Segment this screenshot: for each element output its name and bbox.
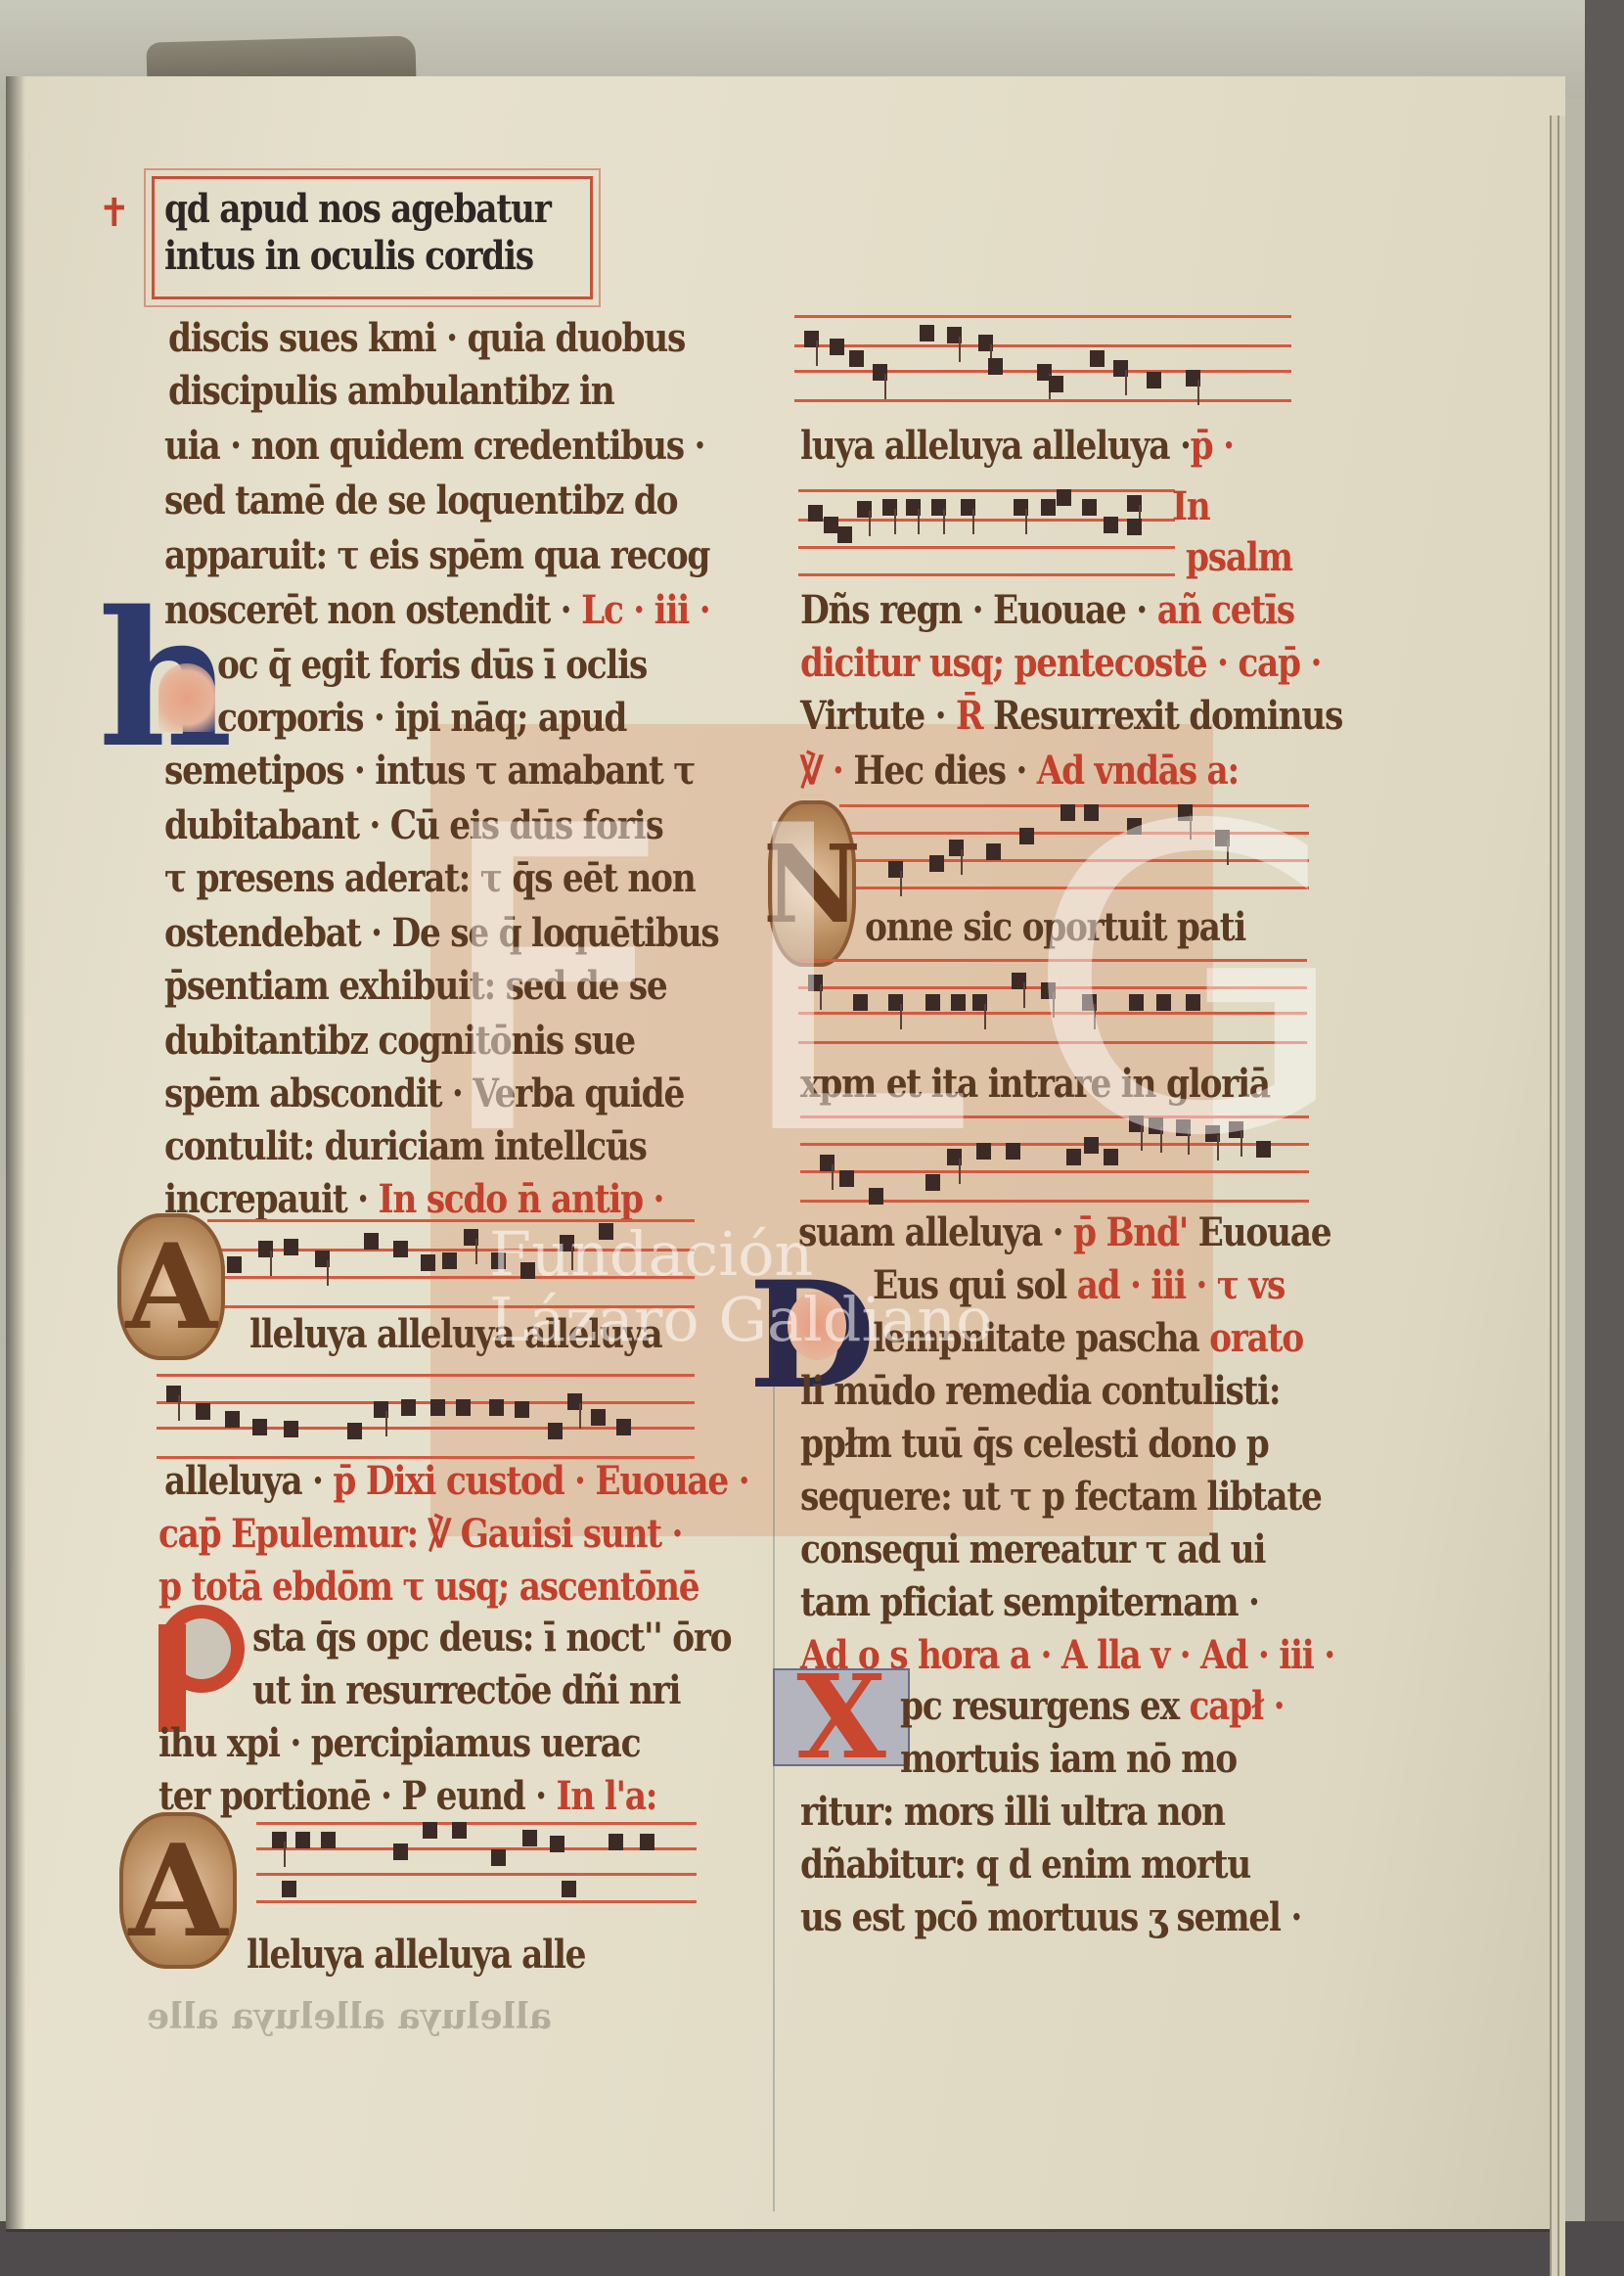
music-staff (794, 315, 1291, 423)
cross-icon: ✝ (98, 194, 131, 233)
text-line: uia · non quidem credentibus · (164, 423, 704, 470)
illuminated-initial-x: X (773, 1668, 910, 1766)
illuminated-initial-p (117, 1605, 254, 1732)
text-line: dubitantibz cognitōnis sue (164, 1018, 635, 1065)
text-line: corporis · ipi nāq; apud (217, 695, 626, 742)
page-crease (773, 1331, 775, 2211)
text-line: ritur: mors illi ultra non (800, 1789, 1225, 1836)
chant-text: lleluya alleluya alleluya (249, 1311, 661, 1358)
spine-shadow (6, 76, 25, 2229)
music-staff (798, 489, 1175, 597)
decorated-initial-n: N (768, 800, 856, 967)
text-line: sta q̄s opc deus: ī noct'' ōro (252, 1615, 731, 1661)
text-line: lempnitate pascha orato (873, 1315, 1303, 1362)
rubric-box-line: intus in oculis cordis (164, 233, 533, 280)
text-line: Eus qui sol ad · iii · τ vs (873, 1262, 1285, 1309)
decorated-initial-a: A (119, 1812, 237, 1969)
chant-text: xpm et ita intrare in gloriā (800, 1061, 1270, 1108)
text-line: ut in resurrectōe dñi nri (252, 1667, 680, 1714)
background-right (1585, 0, 1624, 2276)
text-line: spēm abscondit · Verba quidē (164, 1070, 684, 1117)
rubric-box-line: qd apud nos agebatur (164, 186, 551, 233)
text-line: ihu xpi · percipiamus uerac (158, 1720, 640, 1767)
rubric-label: psalm (1186, 534, 1292, 581)
text-line: τ presens aderat: τ q̄s eēt non (164, 855, 695, 902)
rubric-line: dicitur usq; pentecostē · cap̄ · (800, 640, 1321, 687)
text-line: increpauit · In scdo n̄ antip · (164, 1176, 663, 1223)
text-line: us est pcō mortuus ʒ semel · (800, 1894, 1301, 1941)
text-line: sequere: ut τ p fectam libtate (800, 1474, 1322, 1521)
rubric-line: cap̄ Epulemur: ℣ Gauisi sunt · (158, 1511, 682, 1558)
text-line: li mūdo remedia contulisti: (800, 1368, 1280, 1415)
text-line: ℣ · Hec dies · Ad vndās a: (800, 748, 1239, 795)
decorated-initial-a: A (117, 1213, 225, 1360)
text-line: oc q̄ egit foris dūs ī oclis (217, 642, 647, 689)
page-edge (1550, 115, 1557, 2276)
music-staff (256, 1822, 697, 1930)
text-line: discipulis ambulantibz in (168, 368, 614, 415)
chant-text: luya alleluya alleluya ·p̄ · (800, 423, 1234, 470)
text-line: Virtute · R̄ Resurrexit dominus (800, 693, 1342, 740)
text-line: alleluya · p̄ Dixi custod · Euouae · (164, 1458, 748, 1505)
chant-text: lleluya alleluya alle (247, 1932, 585, 1979)
chant-text: onne sic oportuit pati (865, 904, 1245, 951)
text-line: discis sues kmi · quia duobus (168, 315, 685, 362)
music-staff (839, 804, 1309, 912)
text-line: consequi mereatur τ ad ui (800, 1526, 1265, 1573)
rubric-line: p totā ebdōm τ usq; ascentōnē (158, 1564, 699, 1611)
text-line: ostendebat · De se q̄ loquētibus (164, 910, 719, 957)
text-line: tam pficiat sempiternam · (800, 1579, 1259, 1626)
text-line: dñabitur: q d enim mortu (800, 1842, 1250, 1889)
text-line: Dñs regn · Euouae · añ cetīs (800, 587, 1294, 634)
page-edge (1557, 115, 1565, 2276)
text-line: p̄sentiam exhibuit: sed de se (164, 963, 666, 1010)
text-line: ppłm tuū q̄s celesti dono p (800, 1421, 1269, 1468)
rubric-label: In (1172, 483, 1210, 530)
text-line: contulit: duriciam intellcūs (164, 1123, 647, 1170)
bleed-through-text: alleluya alleluya alle (147, 1996, 552, 2037)
text-line: dubitabant · Cū eis dūs foris (164, 802, 662, 849)
text-line: mortuis iam nō mo (900, 1736, 1237, 1783)
text-line: sed tamē de se loquentibz do (164, 478, 677, 524)
text-line: pc resurgens ex capł · (900, 1683, 1284, 1730)
text-line: noscerēt non ostendit · Lc · iii · (164, 587, 709, 634)
music-staff (798, 959, 1307, 1067)
text-line: semetipos · intus τ amabant τ (164, 748, 695, 795)
text-line: apparuit: τ eis spēm qua recog (164, 532, 709, 579)
text-line: suam alleluya · p̄ Bnd' Euouae (798, 1209, 1331, 1256)
music-staff (800, 1115, 1309, 1223)
